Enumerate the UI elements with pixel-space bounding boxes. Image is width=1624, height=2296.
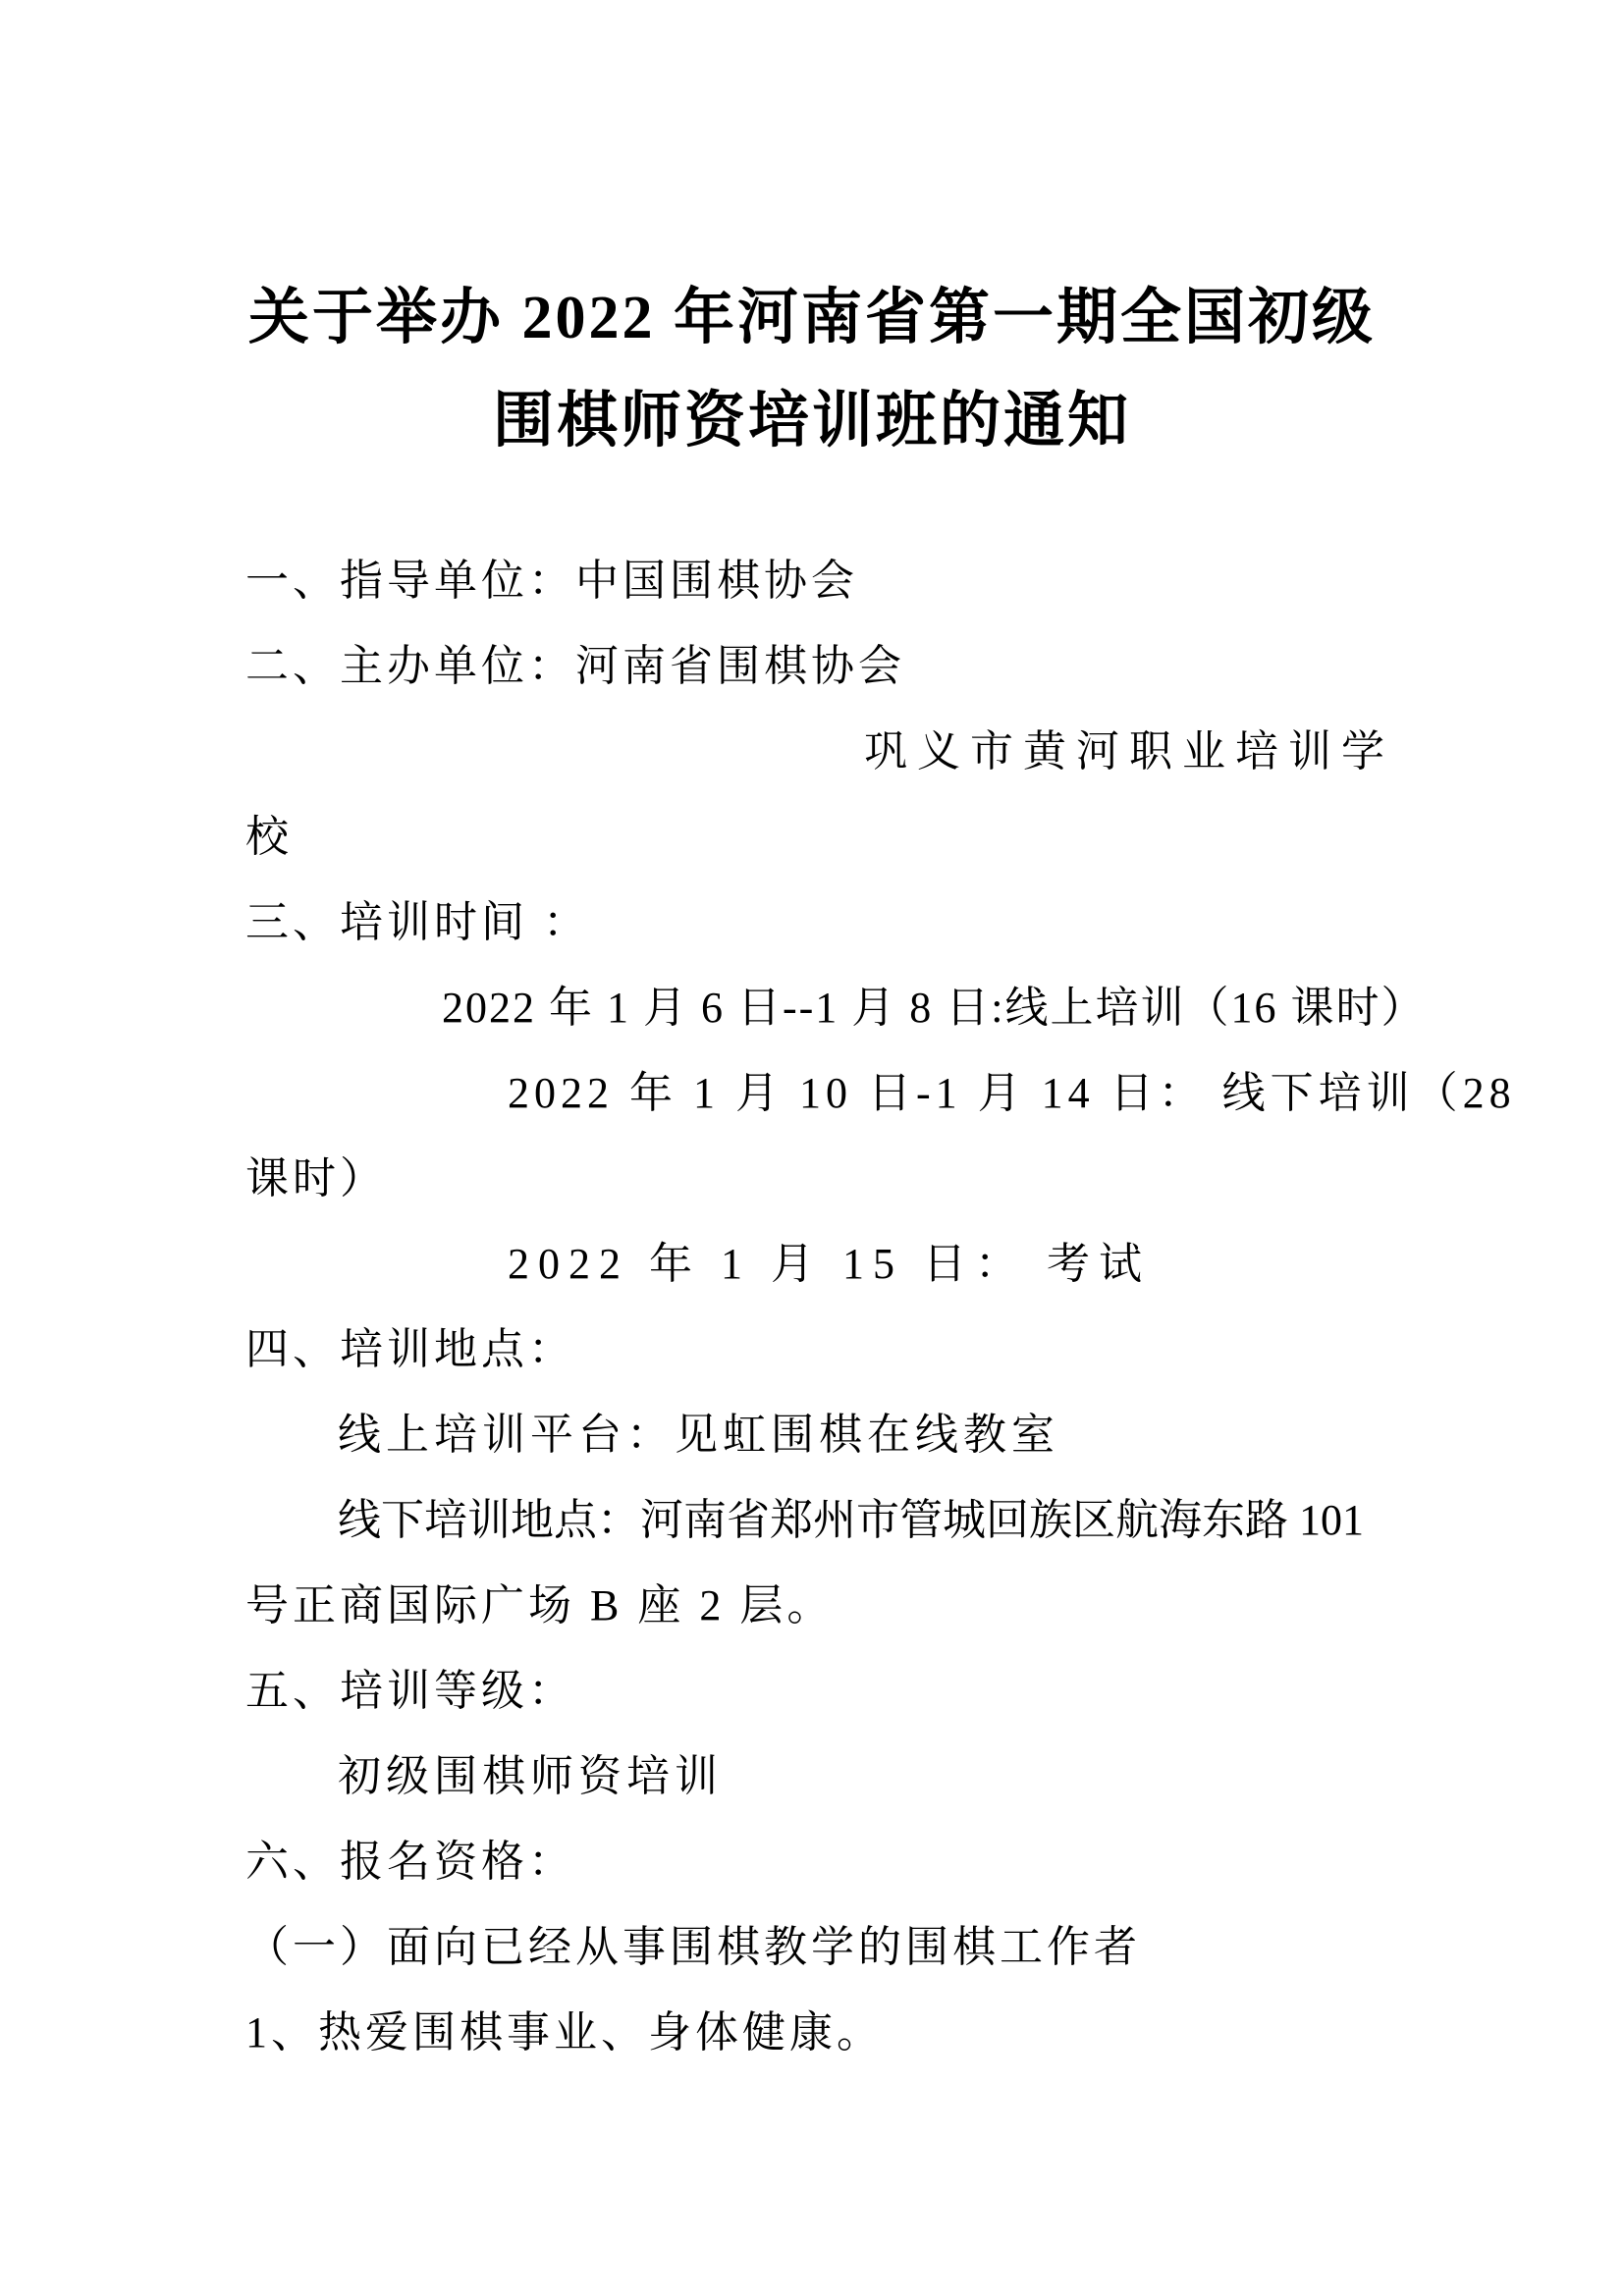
line-schedule-offline-2: 课时） <box>245 1136 1379 1221</box>
document-content: 关于举办 2022 年河南省第一期全国初级 围棋师资培训班的通知 一、指导单位：… <box>245 0 1379 2075</box>
document-title: 关于举办 2022 年河南省第一期全国初级 围棋师资培训班的通知 <box>245 267 1379 473</box>
line-offline-address-2: 号正商国际广场 B 座 2 层。 <box>245 1563 1379 1648</box>
line-host-unit: 二、主办单位：河南省围棋协会 <box>245 623 1379 709</box>
line-schedule-offline-1: 2022 年 1 月 10 日-1 月 14 日： 线下培训（28 <box>245 1050 1379 1136</box>
line-schedule-online: 2022 年 1 月 6 日--1 月 8 日:线上培训（16 课时） <box>245 965 1379 1050</box>
line-eligibility-heading: 六、报名资格： <box>245 1819 1379 1904</box>
line-schedule-exam: 2022 年 1 月 15 日： 考试 <box>245 1221 1379 1307</box>
line-school-name-part-2: 校 <box>245 794 1379 880</box>
line-guidance-unit: 一、指导单位：中国围棋协会 <box>245 538 1379 623</box>
line-location-heading: 四、培训地点： <box>245 1307 1379 1392</box>
line-level-heading: 五、培训等级： <box>245 1648 1379 1734</box>
line-level-value: 初级围棋师资培训 <box>245 1734 1379 1819</box>
document-page: 关于举办 2022 年河南省第一期全国初级 围棋师资培训班的通知 一、指导单位：… <box>0 0 1624 2296</box>
title-line-1: 关于举办 2022 年河南省第一期全国初级 <box>245 267 1379 370</box>
line-eligibility-group-1: （一）面向已经从事围棋教学的围棋工作者 <box>245 1904 1379 1990</box>
line-offline-address-1: 线下培训地点：河南省郑州市管城回族区航海东路 101 <box>245 1477 1379 1563</box>
line-training-time-heading: 三、培训时间 ： <box>245 880 1379 965</box>
line-online-platform: 线上培训平台：见虹围棋在线教室 <box>245 1392 1379 1477</box>
title-line-2: 围棋师资培训班的通知 <box>245 370 1379 473</box>
line-eligibility-item-1: 1、热爱围棋事业、身体健康。 <box>245 1990 1379 2075</box>
document-body: 一、指导单位：中国围棋协会 二、主办单位：河南省围棋协会 巩义市黄河职业培训学 … <box>245 538 1379 2075</box>
line-school-name-part-1: 巩义市黄河职业培训学 <box>245 709 1379 794</box>
